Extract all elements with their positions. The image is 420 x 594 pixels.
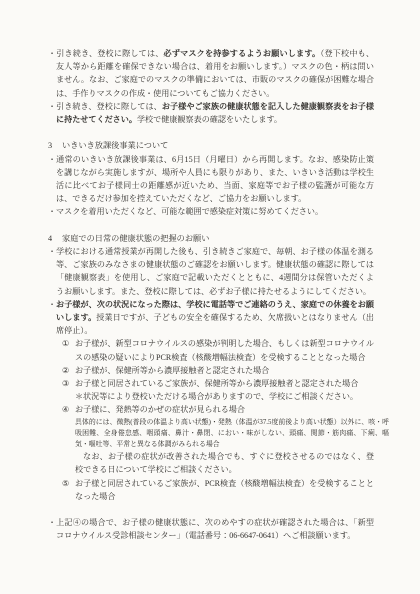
numbered-item: ②お子様が、保健所等から濃厚接触者と認定された場合: [62, 364, 374, 377]
numbered-item: ⑤お子様と同居されているご家族が、PCR検査（核酸増幅法検査）を受検することとな…: [62, 477, 374, 503]
list-marker: ・: [48, 205, 56, 218]
body-text: 通常のいきいき放課後事業は、6月15日（月曜日）から再開します。なお、感染防止策…: [56, 155, 374, 204]
bullet-paragraph: ・通常のいきいき放課後事業は、6月15日（月曜日）から再開します。なお、感染防止…: [48, 153, 374, 206]
body-text: お子様と同居されているご家族が、PCR検査（核酸増幅法検査）を受検することとなっ…: [75, 479, 374, 501]
body-text: なお、お子様の症状が改善された場合でも、すぐに登校させるのではなく、登校できる日…: [75, 452, 374, 474]
numbered-item: ③お子様と同居されているご家族が、保健所等から濃厚接触者と認定された場合: [62, 377, 374, 390]
body-text: 具体的には、微熱(普段の体温より高い状態)・発熱（体温が37.5度前後より高い状…: [75, 419, 389, 448]
body-text: 上記④の場合で、お子様の健康状態に、次のめやすの症状が確認された場合は、「新型コ…: [56, 518, 374, 540]
list-marker: ・: [48, 47, 56, 60]
bullet-paragraph: ・引き続き、登校に際しては、必ずマスクを持参するようお願いします。（登下校中も、…: [48, 47, 374, 100]
body-text: お子様が、保健所等から濃厚接触者と認定された場合: [75, 366, 269, 375]
blank-line: [48, 503, 374, 516]
section-number: 3: [48, 139, 62, 152]
blank-line: [48, 219, 374, 232]
list-marker: ・: [48, 100, 56, 113]
list-marker: ＊: [75, 390, 83, 403]
section-title: いきいき放課後事業について: [62, 141, 168, 150]
list-marker: ①: [62, 337, 75, 350]
section-number: 4: [48, 232, 62, 245]
list-marker: ・: [48, 153, 56, 166]
asterisk-note: ＊状況等により登校いただける場合がありますので、学校にご相談ください。: [75, 390, 374, 403]
bullet-paragraph: ・お子様が、次の状況になった際は、学校に電話等でご連絡のうえ、家庭での休養をお願…: [48, 298, 374, 338]
list-marker: ⑤: [62, 477, 75, 490]
body-text: 授業日ですが、子どもの安全を確保するため、欠席扱いとはなりません（出席停止）。: [56, 313, 374, 335]
bullet-paragraph: ・マスクを着用いただくなど、可能な範囲で感染症対策に努めてください。: [48, 205, 374, 218]
blank-line: [48, 126, 374, 139]
scanned-notice-page: ・引き続き、登校に際しては、必ずマスクを持参するようお願いします。（登下校中も、…: [0, 0, 420, 594]
body-text: マスクを着用いただくなど、可能な範囲で感染症対策に努めてください。: [56, 207, 323, 216]
list-marker: ③: [62, 377, 75, 390]
body-text: お子様が、新型コロナウイルスの感染が判明した場合、もしくは新型コロナウイルスの感…: [75, 339, 374, 361]
section-heading: 3いきいき放課後事業について: [48, 139, 374, 152]
list-marker: ・: [48, 298, 56, 311]
section-heading: 4家庭での日常の健康状態の把握のお願い: [48, 232, 374, 245]
note-paragraph: なお、お子様の症状が改善された場合でも、すぐに登校させるのではなく、登校できる日…: [75, 450, 374, 476]
body-text: 学校で健康観察表の確認をいたします。: [137, 115, 282, 124]
list-marker: ・: [48, 245, 56, 258]
body-text: 引き続き、登校に際しては、: [56, 49, 164, 58]
body-text: 引き続き、登校に際しては、: [56, 102, 162, 111]
list-marker: ・: [48, 516, 56, 529]
section-title: 家庭での日常の健康状態の把握のお願い: [62, 234, 209, 243]
bullet-paragraph: ・引き続き、登校に際しては、お子様やご家族の健康状態を記入した健康観察表をお子様…: [48, 100, 374, 126]
body-text: お子様に、発熱等のかぜの症状が見られる場合: [75, 405, 245, 414]
list-marker: ②: [62, 364, 75, 377]
emphasized-text: 必ずマスクを持参するようお願いします。: [164, 49, 321, 58]
list-marker: ④: [62, 403, 75, 416]
body-text: 学校における通常授業が再開した後も、引き続きご家庭で、毎朝、お子様の体温を測る等…: [56, 247, 374, 296]
bullet-paragraph: ・上記④の場合で、お子様の健康状態に、次のめやすの症状が確認された場合は、「新型…: [48, 516, 374, 542]
body-text: 状況等により登校いただける場合がありますので、学校にご相談ください。: [83, 392, 358, 401]
document-body: ・引き続き、登校に際しては、必ずマスクを持参するようお願いします。（登下校中も、…: [48, 47, 374, 543]
numbered-item: ④お子様に、発熱等のかぜの症状が見られる場合: [62, 403, 374, 416]
bullet-paragraph: ・学校における通常授業が再開した後も、引き続きご家庭で、毎朝、お子様の体温を測る…: [48, 245, 374, 298]
body-text: お子様と同居されているご家族が、保健所等から濃厚接触者と認定された場合: [75, 379, 358, 388]
numbered-item: ①お子様が、新型コロナウイルスの感染が判明した場合、もしくは新型コロナウイルスの…: [62, 337, 374, 363]
symptom-detail-text: 具体的には、微熱(普段の体温より高い状態)・発熱（体温が37.5度前後より高い状…: [75, 417, 389, 451]
